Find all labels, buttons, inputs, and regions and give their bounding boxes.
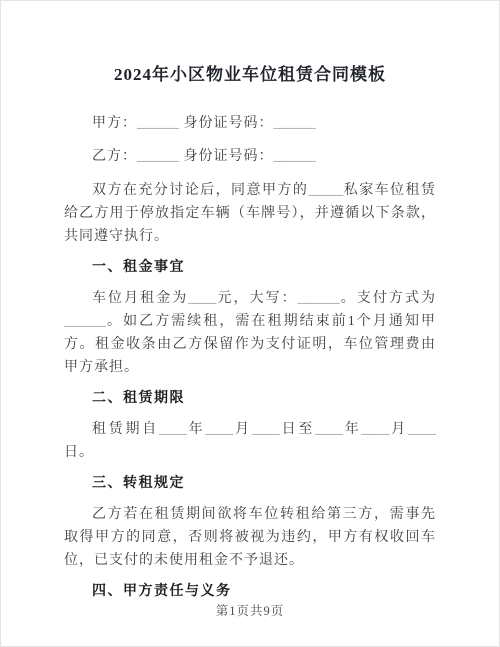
- party-b-line: 乙方：______ 身份证号码：______: [64, 146, 436, 168]
- section-body-term: 租赁期自____年____月____日至____年____月____日。: [64, 418, 436, 464]
- section-heading-term: 二、租赁期限: [64, 387, 436, 410]
- section-heading-party-a-duties: 四、甲方责任与义务: [64, 580, 436, 603]
- intro-paragraph: 双方在充分讨论后，同意甲方的_____私家车位租赁给乙方用于停放指定车辆（车牌号…: [64, 179, 436, 248]
- section-body-sublet: 乙方若在租赁期间欲将车位转租给第三方，需事先取得甲方的同意，否则将被视为违约，甲…: [64, 503, 436, 572]
- page-number: 第1页共9页: [1, 601, 499, 619]
- contract-page: 2024年小区物业车位租赁合同模板 甲方：______ 身份证号码：______…: [0, 0, 500, 647]
- section-heading-rent: 一、租金事宜: [64, 256, 436, 279]
- document-title: 2024年小区物业车位租赁合同模板: [64, 63, 436, 87]
- section-body-rent: 车位月租金为____元，大写：______。支付方式为______。如乙方需续租…: [64, 287, 436, 379]
- party-a-line: 甲方：______ 身份证号码：______: [64, 113, 436, 135]
- section-heading-sublet: 三、转租规定: [64, 472, 436, 495]
